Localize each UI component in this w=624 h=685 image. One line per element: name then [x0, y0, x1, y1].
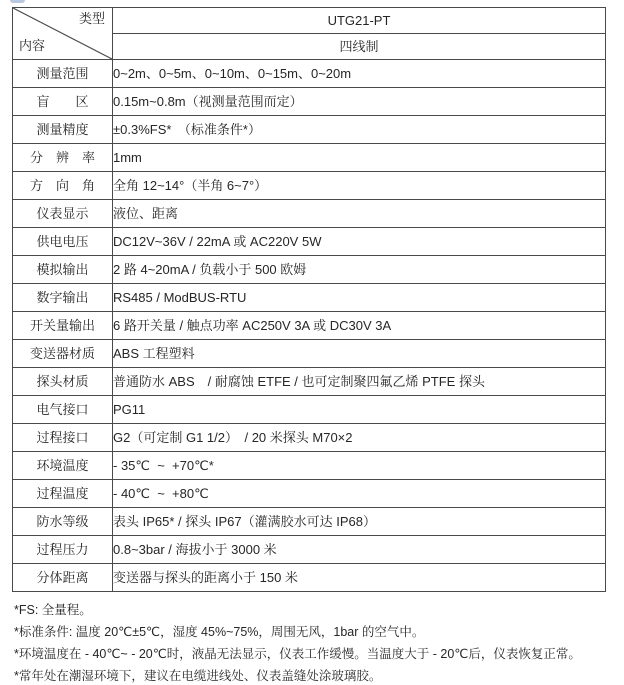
row-label: 数字输出: [13, 284, 113, 312]
row-label: 供电电压: [13, 228, 113, 256]
row-value: 0.15m~0.8m（视测量范围而定）: [113, 88, 606, 116]
row-label: 模拟输出: [13, 256, 113, 284]
row-label: 开关量输出: [13, 312, 113, 340]
row-value: 2 路 4~20mA / 负载小于 500 欧姆: [113, 256, 606, 284]
row-label: 过程压力: [13, 536, 113, 564]
table-row: 分 辨 率 1mm: [13, 144, 606, 172]
row-value: RS485 / ModBUS-RTU: [113, 284, 606, 312]
row-value: 变送器与探头的距离小于 150 米: [113, 564, 606, 592]
header-row-model: 类型 内容 UTG21-PT: [13, 8, 606, 34]
row-label: 盲 区: [13, 88, 113, 116]
row-value: 普通防水 ABS / 耐腐蚀 ETFE / 也可定制聚四氟乙烯 PTFE 探头: [113, 368, 606, 396]
row-label: 分 辨 率: [13, 144, 113, 172]
footnote: *环境温度在 - 40℃~ - 20℃时，液晶无法显示，仪表工作缓慢。当温度大于…: [14, 643, 618, 665]
row-label: 变送器材质: [13, 340, 113, 368]
row-value: - 40℃ ~ +80℃: [113, 480, 606, 508]
row-value: 全角 12~14°（半角 6~7°）: [113, 172, 606, 200]
footnotes: *FS: 全量程。 *标准条件: 温度 20℃±5℃，湿度 45%~75%，周围…: [14, 599, 618, 685]
row-label: 过程接口: [13, 424, 113, 452]
row-value: 表头 IP65* / 探头 IP67（灌满胶水可达 IP68）: [113, 508, 606, 536]
row-label: 测量范围: [13, 60, 113, 88]
table-row: 模拟输出 2 路 4~20mA / 负载小于 500 欧姆: [13, 256, 606, 284]
table-row: 环境温度 - 35℃ ~ +70℃*: [13, 452, 606, 480]
footnote: *常年处在潮湿环境下，建议在电缆进线处、仪表盖缝处涂玻璃胶。: [14, 665, 618, 685]
row-value: 6 路开关量 / 触点功率 AC250V 3A 或 DC30V 3A: [113, 312, 606, 340]
row-label: 测量精度: [13, 116, 113, 144]
cropped-ui-artifact: [10, 0, 25, 3]
row-label: 防水等级: [13, 508, 113, 536]
table-row: 分体距离 变送器与探头的距离小于 150 米: [13, 564, 606, 592]
row-value: PG11: [113, 396, 606, 424]
row-label: 探头材质: [13, 368, 113, 396]
corner-label-content: 内容: [19, 39, 45, 52]
table-row: 供电电压 DC12V~36V / 22mA 或 AC220V 5W: [13, 228, 606, 256]
table-row: 测量范围 0~2m、0~5m、0~10m、0~15m、0~20m: [13, 60, 606, 88]
table-row: 变送器材质 ABS 工程塑料: [13, 340, 606, 368]
row-label: 仪表显示: [13, 200, 113, 228]
table-row: 过程压力 0.8~3bar / 海拔小于 3000 米: [13, 536, 606, 564]
footnote: *FS: 全量程。: [14, 599, 618, 621]
table-row: 测量精度 ±0.3%FS* （标准条件*）: [13, 116, 606, 144]
row-value: 0.8~3bar / 海拔小于 3000 米: [113, 536, 606, 564]
row-label: 方 向 角: [13, 172, 113, 200]
row-value: - 35℃ ~ +70℃*: [113, 452, 606, 480]
table-row: 仪表显示 液位、距离: [13, 200, 606, 228]
row-value: G2（可定制 G1 1/2） / 20 米探头 M70×2: [113, 424, 606, 452]
row-value: ABS 工程塑料: [113, 340, 606, 368]
table-row: 过程接口 G2（可定制 G1 1/2） / 20 米探头 M70×2: [13, 424, 606, 452]
table-row: 电气接口 PG11: [13, 396, 606, 424]
corner-label-type: 类型: [79, 12, 105, 25]
row-value: 1mm: [113, 144, 606, 172]
spec-sheet-page: 类型 内容 UTG21-PT 四线制 测量范围 0~2m、0~5m、0~10m、…: [0, 0, 624, 685]
row-label: 分体距离: [13, 564, 113, 592]
row-value: 液位、距离: [113, 200, 606, 228]
row-value: 0~2m、0~5m、0~10m、0~15m、0~20m: [113, 60, 606, 88]
table-row: 防水等级 表头 IP65* / 探头 IP67（灌满胶水可达 IP68）: [13, 508, 606, 536]
row-value: DC12V~36V / 22mA 或 AC220V 5W: [113, 228, 606, 256]
header-corner-cell: 类型 内容: [13, 8, 113, 60]
footnote: *标准条件: 温度 20℃±5℃，湿度 45%~75%，周围无风，1bar 的空…: [14, 621, 618, 643]
table-row: 过程温度 - 40℃ ~ +80℃: [13, 480, 606, 508]
wiring-cell: 四线制: [113, 34, 606, 60]
row-label: 过程温度: [13, 480, 113, 508]
spec-table: 类型 内容 UTG21-PT 四线制 测量范围 0~2m、0~5m、0~10m、…: [12, 7, 606, 592]
table-row: 数字输出 RS485 / ModBUS-RTU: [13, 284, 606, 312]
table-row: 探头材质 普通防水 ABS / 耐腐蚀 ETFE / 也可定制聚四氟乙烯 PTF…: [13, 368, 606, 396]
row-label: 电气接口: [13, 396, 113, 424]
table-row: 方 向 角 全角 12~14°（半角 6~7°）: [13, 172, 606, 200]
model-cell: UTG21-PT: [113, 8, 606, 34]
table-row: 盲 区 0.15m~0.8m（视测量范围而定）: [13, 88, 606, 116]
table-row: 开关量输出 6 路开关量 / 触点功率 AC250V 3A 或 DC30V 3A: [13, 312, 606, 340]
row-label: 环境温度: [13, 452, 113, 480]
row-value: ±0.3%FS* （标准条件*）: [113, 116, 606, 144]
